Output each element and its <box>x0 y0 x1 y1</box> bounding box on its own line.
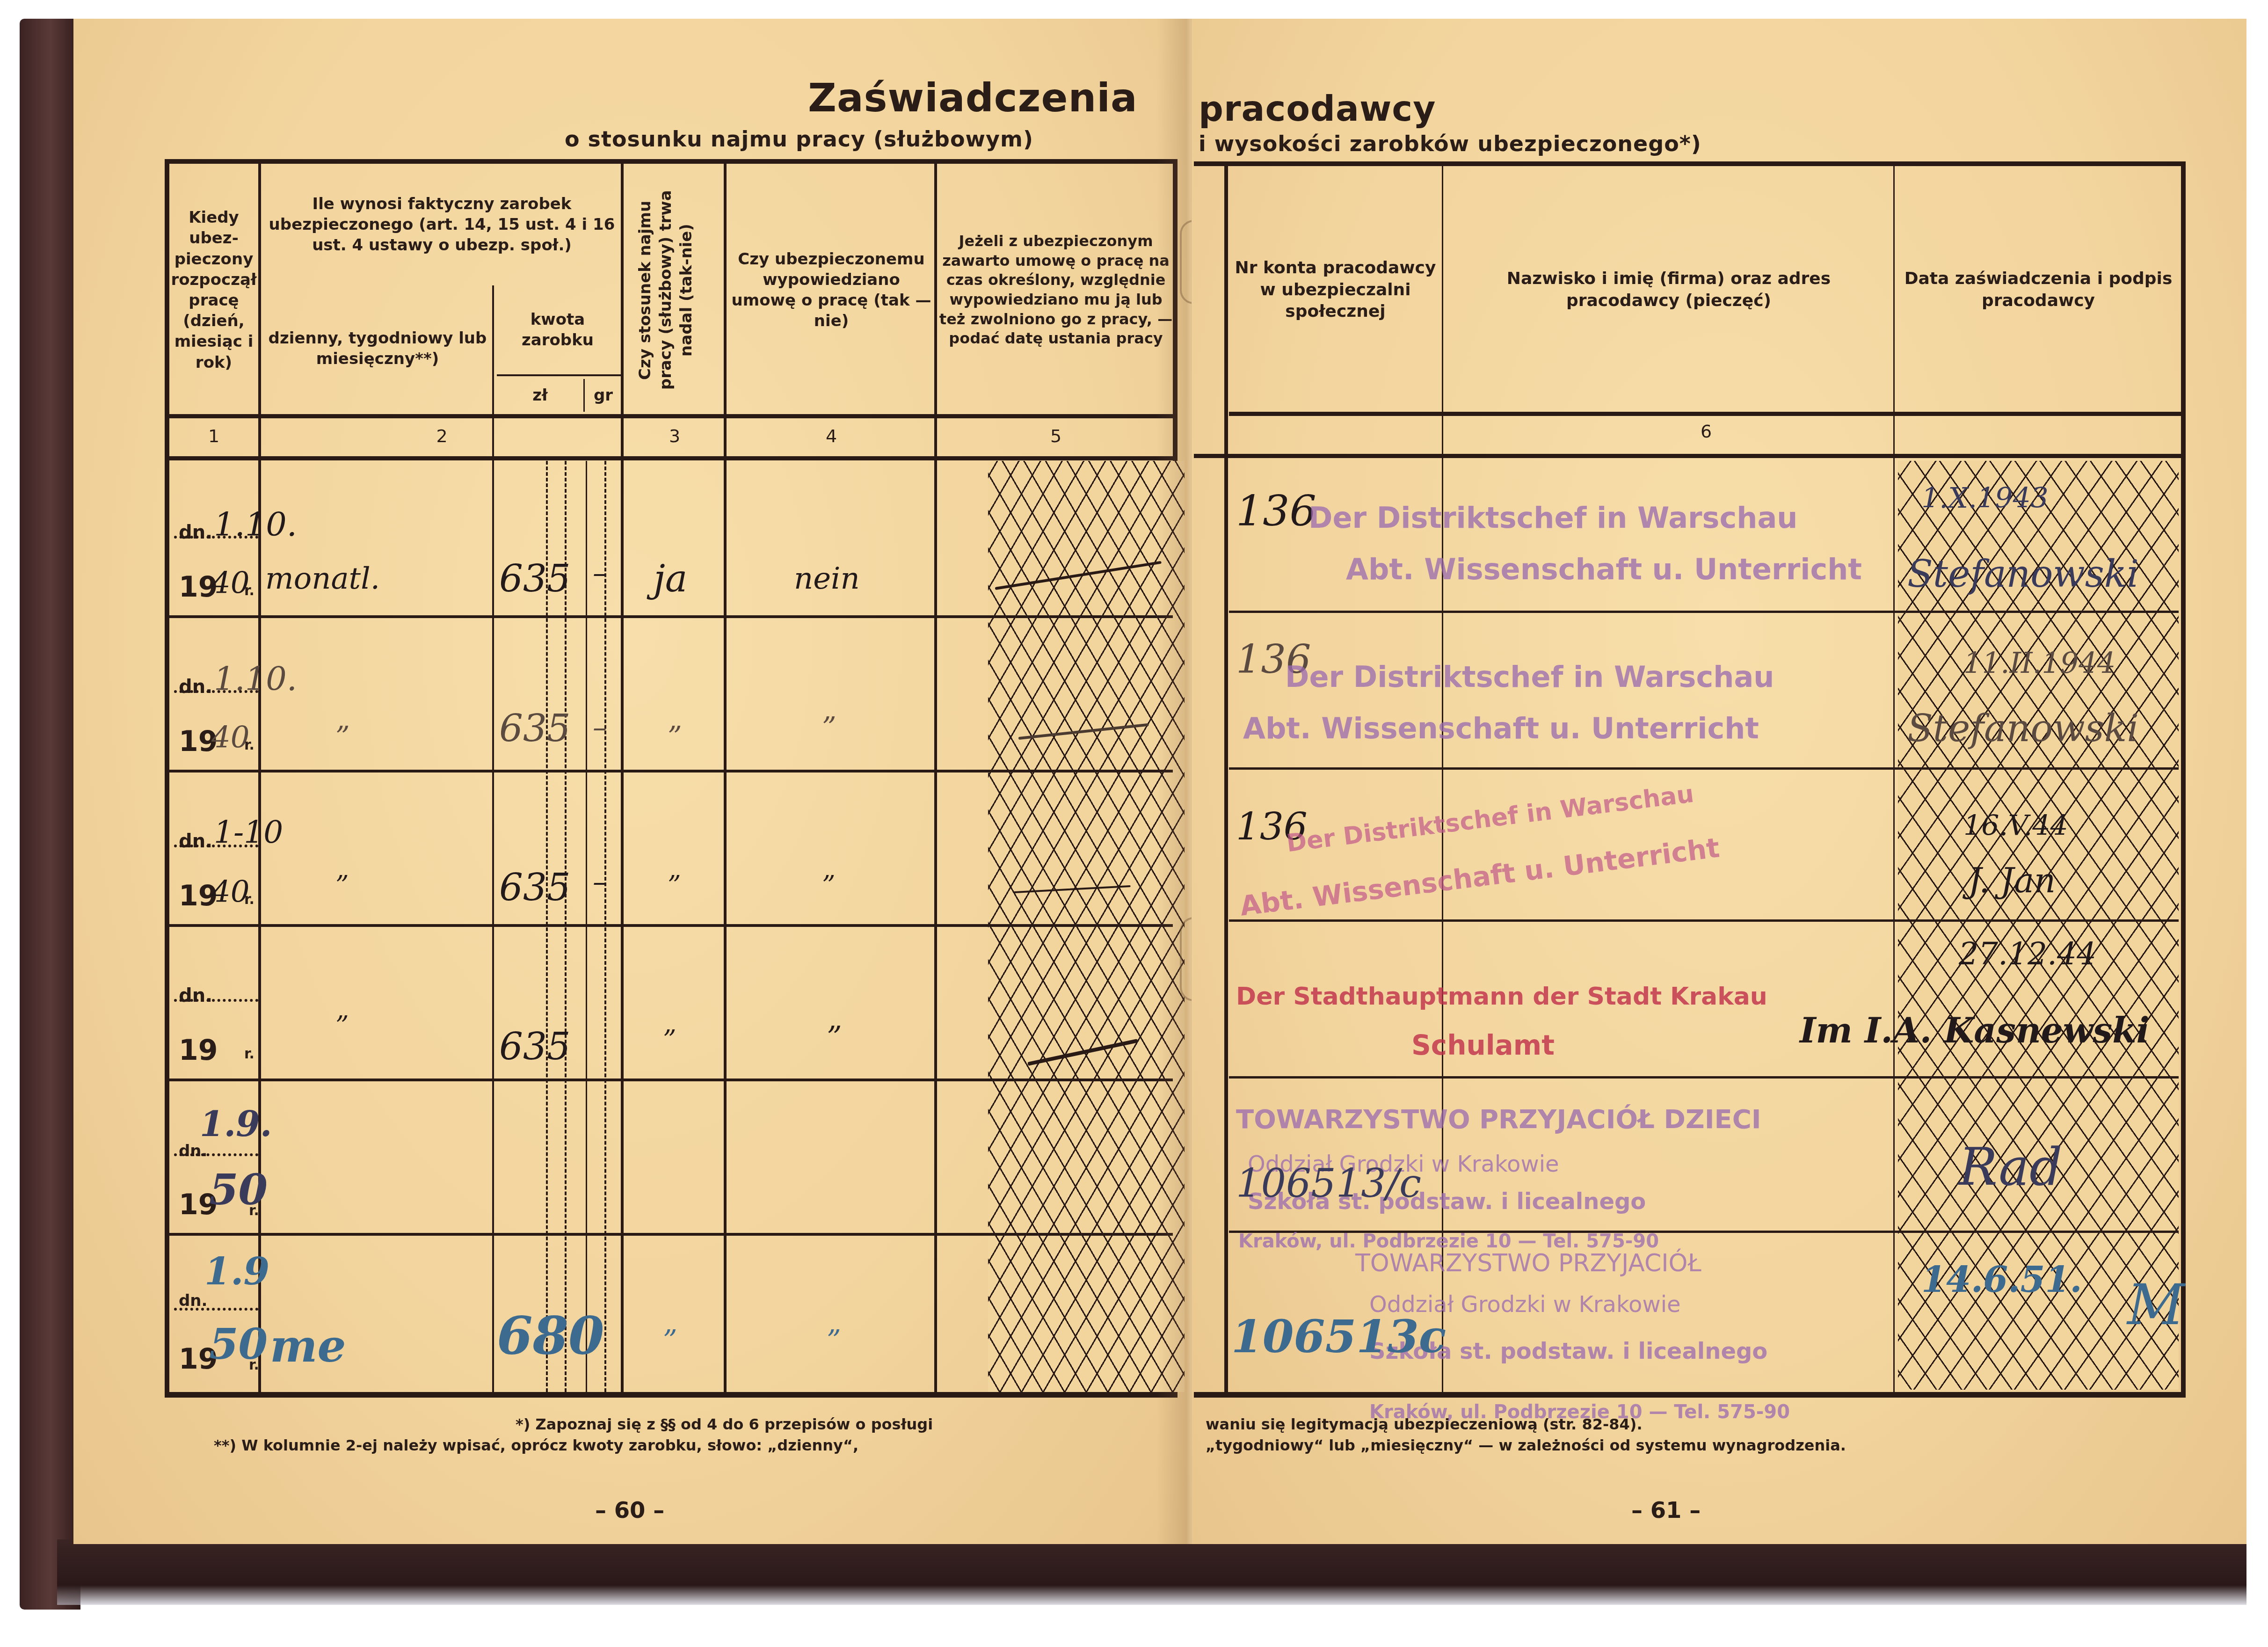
col-sep-2 <box>621 164 624 1394</box>
col6b-header: Nazwisko i imię (firma) oraz adres praco… <box>1472 173 1865 407</box>
footnote-1: waniu się legitymacją ubezpieczeniową (s… <box>1206 1415 1643 1433</box>
col2-zl-gr-sep <box>583 379 585 412</box>
start-day: 1.9 <box>204 1249 269 1293</box>
dotted-line <box>174 1308 258 1311</box>
row-rule <box>169 924 1173 927</box>
year-suffix: r. <box>249 1357 259 1373</box>
terminated: ” <box>827 1324 841 1357</box>
employer-stamp-line2: Abt. Wissenschaft u. Unterricht <box>1346 552 1862 586</box>
footnote-1: *) Zapoznaj się z §§ od 4 do 6 przepisów… <box>516 1415 933 1433</box>
dotted-line <box>174 536 258 539</box>
employer-stamp-line1: Der Distriktschef in Warschau <box>1308 501 1797 535</box>
dn-label: dn. <box>179 522 212 543</box>
row-rule <box>1229 767 2179 770</box>
col2-header: Ile wynosi faktyczny zarobek ubezpieczon… <box>263 168 621 281</box>
amount-gr: – <box>593 866 607 898</box>
still-employed: ” <box>663 1324 677 1357</box>
start-day: 1.9. <box>200 1104 272 1144</box>
row-rule <box>1229 1076 2179 1079</box>
table-left-rule <box>165 159 169 1394</box>
col-sep-b <box>1893 166 1895 1392</box>
page-title: Zaświadczenia <box>808 75 1138 121</box>
dn-label: dn. <box>179 1142 207 1160</box>
page-title: pracodawcy <box>1199 89 1436 129</box>
row-rule <box>1229 919 2179 922</box>
dotted-line <box>174 999 258 1002</box>
year-suffix: r. <box>244 583 254 599</box>
dn-label: dn. <box>179 831 212 852</box>
dn-label: dn. <box>179 985 212 1006</box>
year-suffix: r. <box>244 1046 254 1062</box>
open-booklet: Zaświadczenia o stosunku najmu pracy (sł… <box>20 19 2246 1619</box>
certificate-date: 14.6.51. <box>1921 1259 2082 1300</box>
employer-stamp-line1: Der Stadthauptmann der Stadt Krakau <box>1236 983 1767 1011</box>
col1-header: Kiedy ubez-pieczony rozpoczął pracę (dzi… <box>169 168 258 412</box>
still-employed: ” <box>668 721 682 753</box>
employer-signature: Im I.A. Kasnewski <box>1800 1011 2150 1051</box>
footnote-2: **) W kolumnie 2-ej należy wpisać, opróc… <box>214 1436 858 1454</box>
amount-gr: – <box>593 557 607 590</box>
col2-kwota-rule <box>497 374 621 376</box>
col3-header: Czy stosunek najmu pracy (służbowy) trwa… <box>635 173 719 407</box>
terminated: ” <box>827 1020 842 1055</box>
col-number-4: 4 <box>728 426 934 446</box>
col-number-5: 5 <box>939 426 1173 446</box>
table-top-rule <box>165 159 1178 164</box>
employer-stamp-line1: Der Distriktschef in Warschau <box>1285 660 1774 694</box>
col-sep-3 <box>724 164 727 1394</box>
col2-sub-b-header: kwota zarobku <box>494 285 621 374</box>
row-rule <box>1229 611 2179 613</box>
employer-stamp-line1: TOWARZYSTWO PRZYJACIÓŁ DZIECI <box>1236 1104 1761 1135</box>
account-number: 106513/c <box>1236 1160 1421 1206</box>
year-suffix: r. <box>244 737 254 753</box>
dn-label: dn. <box>179 676 212 698</box>
terminated: ” <box>822 711 836 744</box>
employer-signature: Stefanowski <box>1907 707 2139 750</box>
col-number-2: 2 <box>263 426 621 446</box>
amount-zl: 635 <box>499 557 571 600</box>
col2-gr-header: gr <box>586 379 621 412</box>
employer-signature: M <box>2127 1273 2185 1338</box>
terminated: ” <box>822 870 836 901</box>
certificate-date: 16.V.44 <box>1963 809 2068 842</box>
employer-signature: J. Jan <box>1968 861 2056 900</box>
table-left-rule <box>1224 166 1228 1392</box>
book-cover-bottom <box>57 1539 2246 1605</box>
date-hatched-area <box>1898 461 2179 1390</box>
row-rule <box>169 615 1173 618</box>
amount-zl: 680 <box>497 1305 604 1366</box>
col-number-1: 1 <box>169 426 258 446</box>
footnote-2: „tygodniowy“ lub „miesięczny“ — w zależn… <box>1206 1436 1846 1454</box>
year-suffix: r. <box>249 1202 259 1219</box>
year-prefix: 19 <box>179 1034 218 1067</box>
pay-type: ” <box>335 870 349 901</box>
book-cover-edge <box>20 19 80 1610</box>
page-number: – 60 – <box>595 1497 664 1523</box>
table-bottom-rule <box>1194 1392 2186 1398</box>
col4-header: Czy ubezpieczonemu wypowiedziano umowę o… <box>728 168 934 412</box>
header-rule <box>1229 412 2183 416</box>
year-suffix: r. <box>244 891 254 908</box>
employer-stamp-line2: Schulamt <box>1411 1029 1555 1061</box>
dotted-line <box>174 845 258 847</box>
amount-zl: 635 <box>499 1025 571 1068</box>
pay-type: monatl. <box>265 561 380 596</box>
employer-stamp-line2: Abt. Wissenschaft u. Unterricht <box>1243 711 1759 745</box>
pay-type: ” <box>335 721 350 753</box>
page-61: pracodawcy i wysokości zarobków ubezpiec… <box>1192 19 2246 1544</box>
col2-sub-sep <box>492 285 494 1394</box>
certificate-date: 1.X.1943 <box>1921 482 2049 515</box>
col2-sub-a-header: dzienny, tygodniowy lub miesięczny**) <box>263 285 492 412</box>
col6a-header: Nr konta pracodawcy w ubezpieczalni społ… <box>1229 173 1442 407</box>
colnum-rule <box>1194 454 2186 458</box>
col-number-6: 6 <box>1229 421 2183 442</box>
table-top-rule <box>1194 161 2186 166</box>
table-bottom-rule <box>165 1392 1178 1398</box>
employer-signature: Rad <box>1959 1137 2062 1197</box>
amount-gr: – <box>593 711 607 744</box>
table-right-rule <box>2181 161 2186 1397</box>
account-number: 106513c <box>1231 1310 1446 1363</box>
header-rule <box>169 414 1173 418</box>
employer-signature: Stefanowski <box>1907 552 2139 596</box>
amount-zl: 635 <box>499 707 571 750</box>
col5-header: Jeżeli z ubezpieczonym zawarto umowę o p… <box>939 168 1173 412</box>
page-number: – 61 – <box>1631 1497 1701 1523</box>
dotted-line <box>174 1153 258 1156</box>
dn-label: dn. <box>179 1291 207 1310</box>
pay-type: ” <box>335 1011 349 1041</box>
page-subtitle: i wysokości zarobków ubezpieczonego*) <box>1199 131 1701 156</box>
page-60: Zaświadczenia o stosunku najmu pracy (sł… <box>73 19 1192 1544</box>
pay-type: me <box>270 1319 346 1372</box>
col2-zl-header: zł <box>497 379 583 412</box>
account-number: 136 <box>1236 487 1316 536</box>
still-employed: ja <box>654 557 688 600</box>
row-rule <box>169 1233 1173 1236</box>
colnum-rule <box>169 456 1173 460</box>
certificate-date: 11.II.1944 <box>1963 646 2115 680</box>
col6c-header: Data zaświadczenia i podpis pracodawcy <box>1903 173 2174 407</box>
certificate-date: 27.12.44 <box>1959 936 2096 972</box>
amount-zl: 635 <box>499 866 571 909</box>
row-rule <box>169 1079 1173 1081</box>
page-subtitle: o stosunku najmu pracy (służbowym) <box>565 126 1033 152</box>
row-rule <box>169 770 1173 772</box>
employer-stamp-line1: TOWARZYSTWO PRZYJACIÓŁ <box>1355 1249 1701 1277</box>
col-sep-4 <box>934 164 937 1394</box>
still-employed: ” <box>668 870 681 901</box>
col-number-3: 3 <box>625 426 724 446</box>
dotted-line <box>174 690 258 693</box>
still-employed: ” <box>663 1025 676 1055</box>
terminated: nein <box>794 561 860 596</box>
